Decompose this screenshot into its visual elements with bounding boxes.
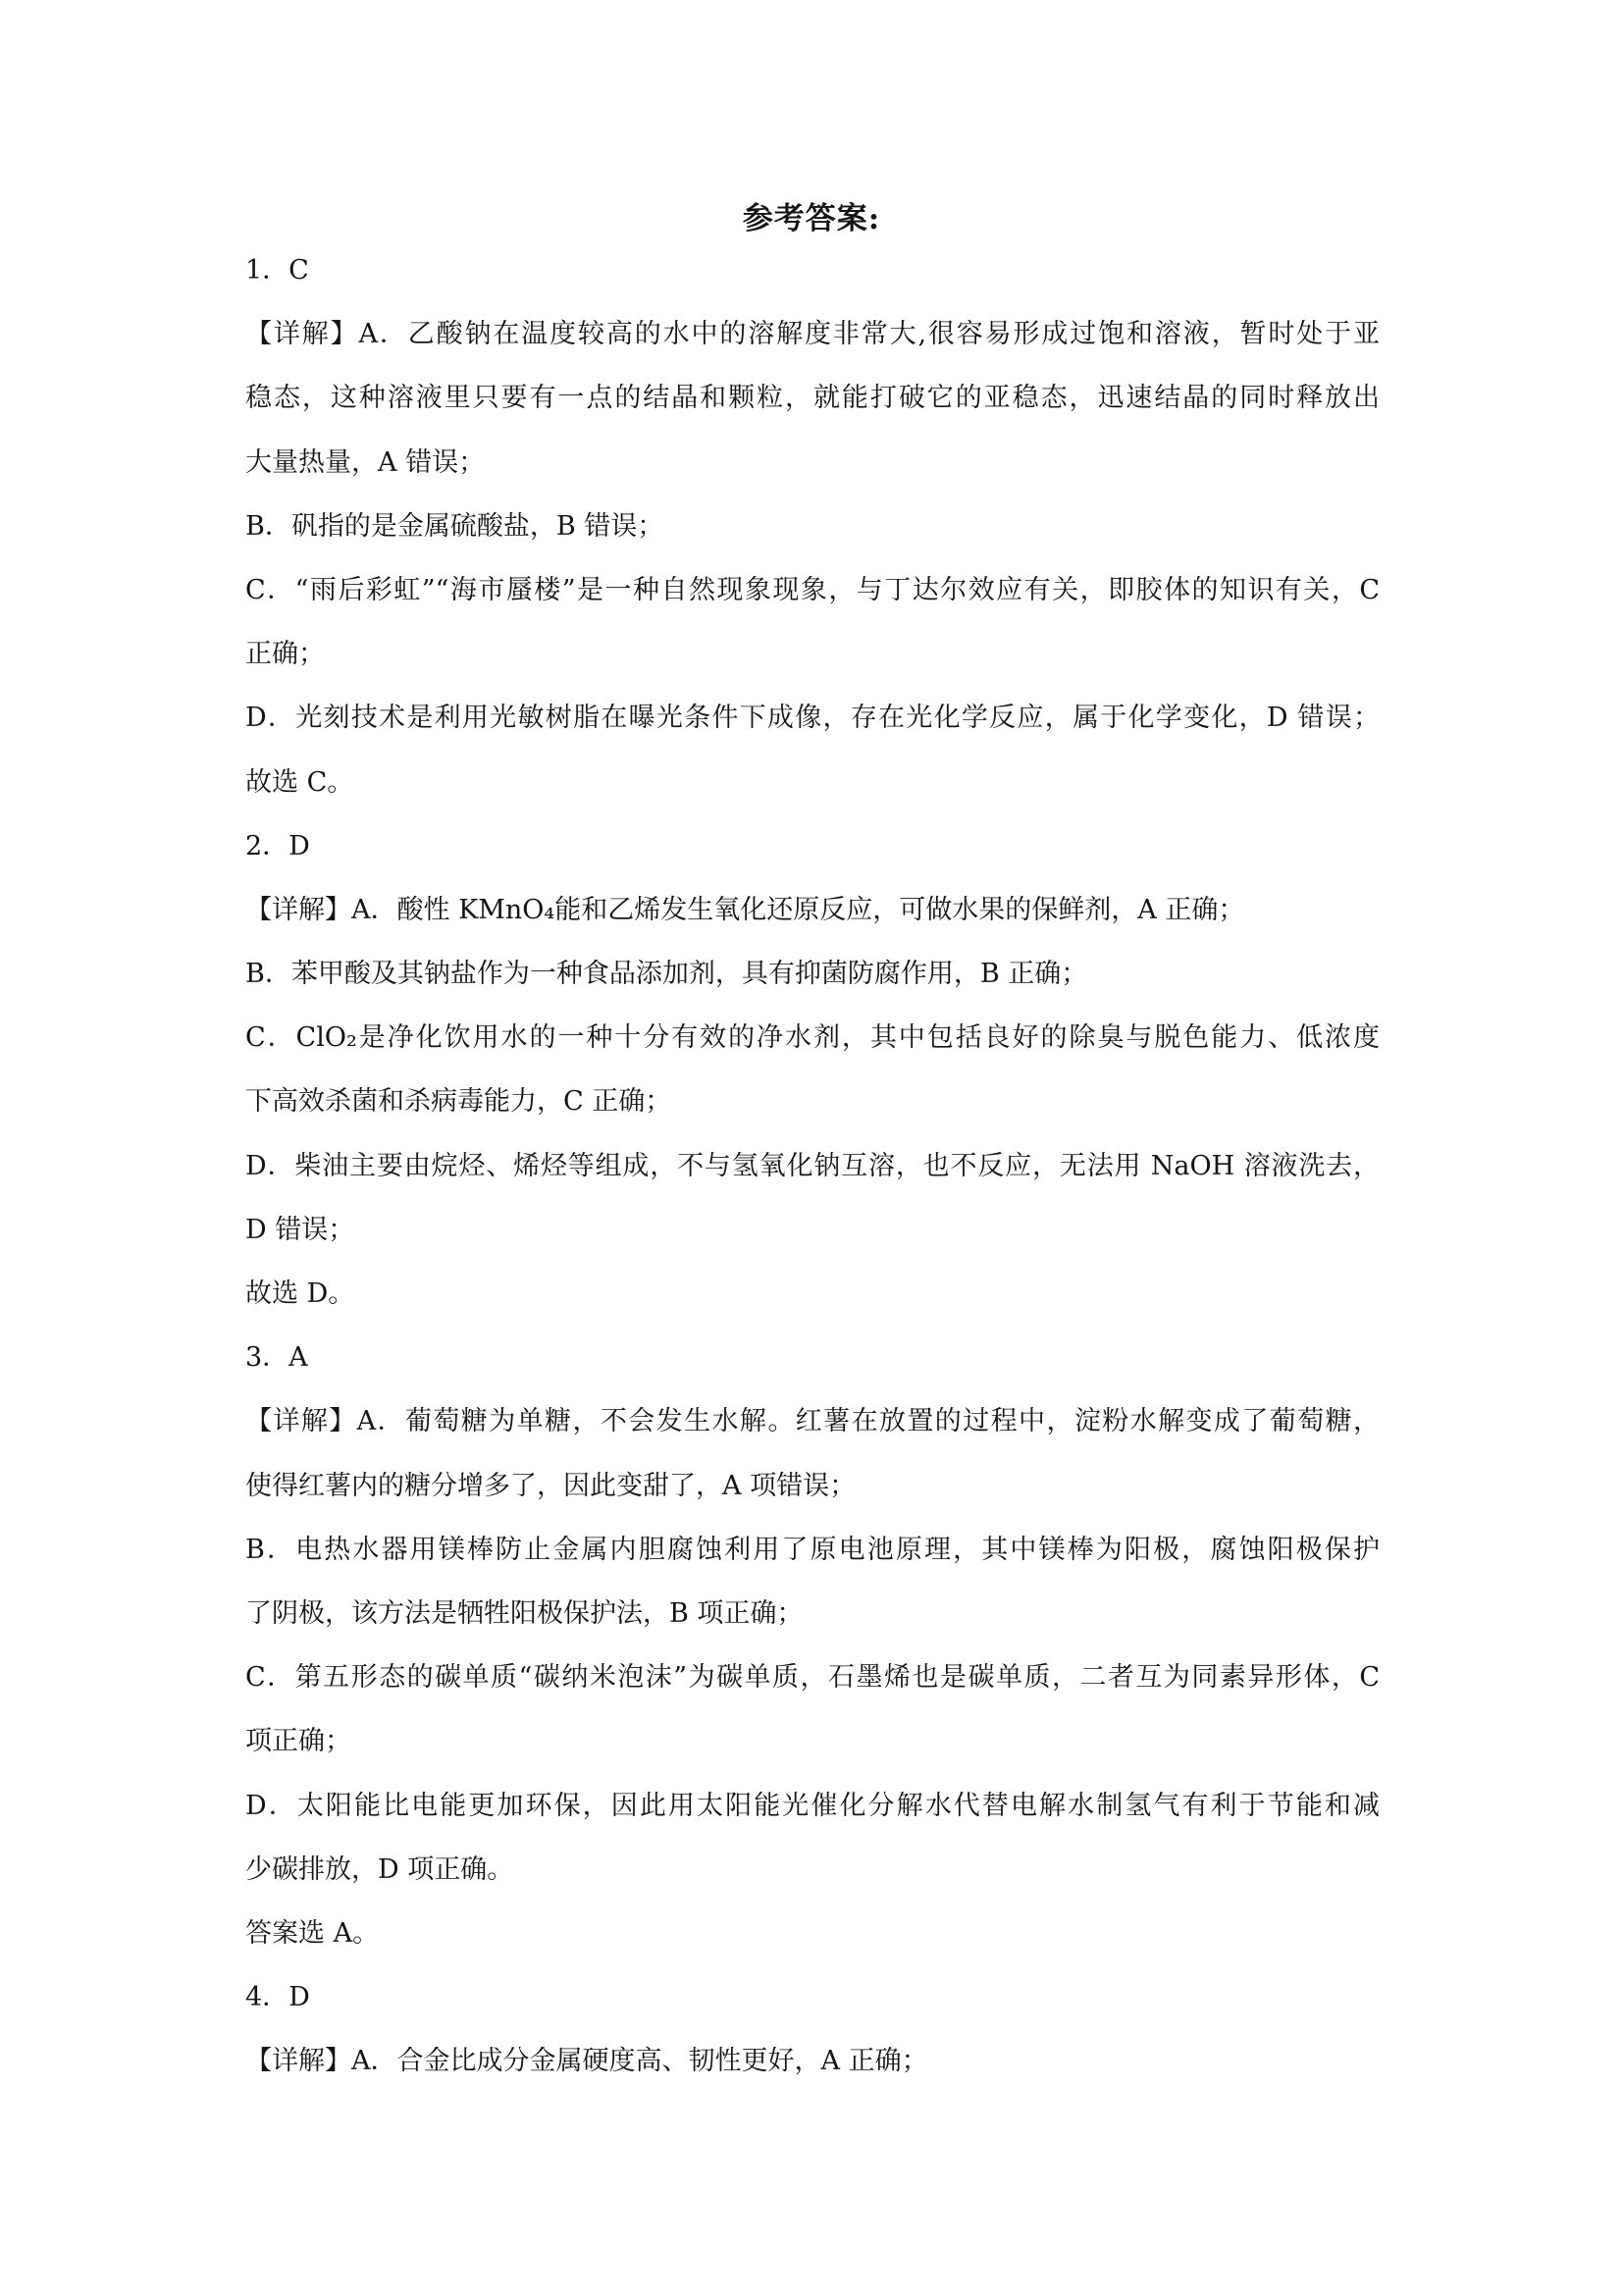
answer-number-line: 2．D — [245, 814, 1380, 878]
answer-number-line: 1．C — [245, 238, 1380, 302]
explanation-line: 故选 D。 — [245, 1262, 1380, 1326]
explanation-line: 稳态，这种溶液里只要有一点的结晶和颗粒，就能打破它的亚稳态，迅速结晶的同时释放出 — [245, 366, 1380, 430]
explanation-line: 【详解】A．合金比成分金属硬度高、韧性更好，A 正确； — [245, 2029, 1380, 2093]
explanation-line: C．ClO₂是净化饮用水的一种十分有效的净水剂，其中包括良好的除臭与脱色能力、低… — [245, 1006, 1380, 1070]
explanation-line: D．光刻技术是利用光敏树脂在曝光条件下成像，存在光化学反应，属于化学变化，D 错… — [245, 686, 1380, 750]
explanation-line: 故选 C。 — [245, 751, 1380, 814]
page-title: 参考答案: — [0, 198, 1623, 239]
explanation-line: 使得红薯内的糖分增多了，因此变甜了，A 项错误； — [245, 1454, 1380, 1518]
explanation-line: D 错误； — [245, 1198, 1380, 1262]
explanation-line: C．第五形态的碳单质“碳纳米泡沫”为碳单质，石墨烯也是碳单质，二者互为同素异形体… — [245, 1645, 1380, 1709]
explanation-line: B．矾指的是金属硫酸盐，B 错误； — [245, 495, 1380, 558]
explanation-line: 大量热量，A 错误； — [245, 431, 1380, 495]
explanation-line: 【详解】A．乙酸钠在温度较高的水中的溶解度非常大,很容易形成过饱和溶液，暂时处于… — [245, 302, 1380, 366]
explanation-line: 了阴极，该方法是牺牲阳极保护法，B 项正确； — [245, 1582, 1380, 1645]
explanation-line: D．太阳能比电能更加环保，因此用太阳能光催化分解水代替电解水制氢气有利于节能和减 — [245, 1774, 1380, 1838]
explanation-line: D．柴油主要由烷烃、烯烃等组成，不与氢氧化钠互溶，也不反应，无法用 NaOH 溶… — [245, 1134, 1380, 1198]
explanation-line: 项正确； — [245, 1709, 1380, 1773]
explanation-line: 答案选 A。 — [245, 1902, 1380, 1965]
answer-number-line: 3．A — [245, 1326, 1380, 1389]
explanation-line: 下高效杀菌和杀病毒能力，C 正确； — [245, 1070, 1380, 1133]
content: 1．C【详解】A．乙酸钠在温度较高的水中的溶解度非常大,很容易形成过饱和溶液，暂… — [245, 238, 1380, 2093]
explanation-line: 【详解】A．葡萄糖为单糖，不会发生水解。红薯在放置的过程中，淀粉水解变成了葡萄糖… — [245, 1389, 1380, 1453]
document-page: 参考答案: 1．C【详解】A．乙酸钠在温度较高的水中的溶解度非常大,很容易形成过… — [0, 0, 1623, 2296]
explanation-line: 【详解】A．酸性 KMnO₄能和乙烯发生氧化还原反应，可做水果的保鲜剂，A 正确… — [245, 878, 1380, 942]
explanation-line: B．苯甲酸及其钠盐作为一种食品添加剂，具有抑菌防腐作用，B 正确； — [245, 942, 1380, 1006]
explanation-line: C．“雨后彩虹”“海市蜃楼”是一种自然现象现象，与丁达尔效应有关，即胶体的知识有… — [245, 558, 1380, 622]
explanation-line: B．电热水器用镁棒防止金属内胆腐蚀利用了原电池原理，其中镁棒为阳极，腐蚀阳极保护 — [245, 1518, 1380, 1582]
explanation-line: 少碳排放，D 项正确。 — [245, 1838, 1380, 1902]
answer-number-line: 4．D — [245, 1965, 1380, 2029]
explanation-line: 正确； — [245, 622, 1380, 686]
